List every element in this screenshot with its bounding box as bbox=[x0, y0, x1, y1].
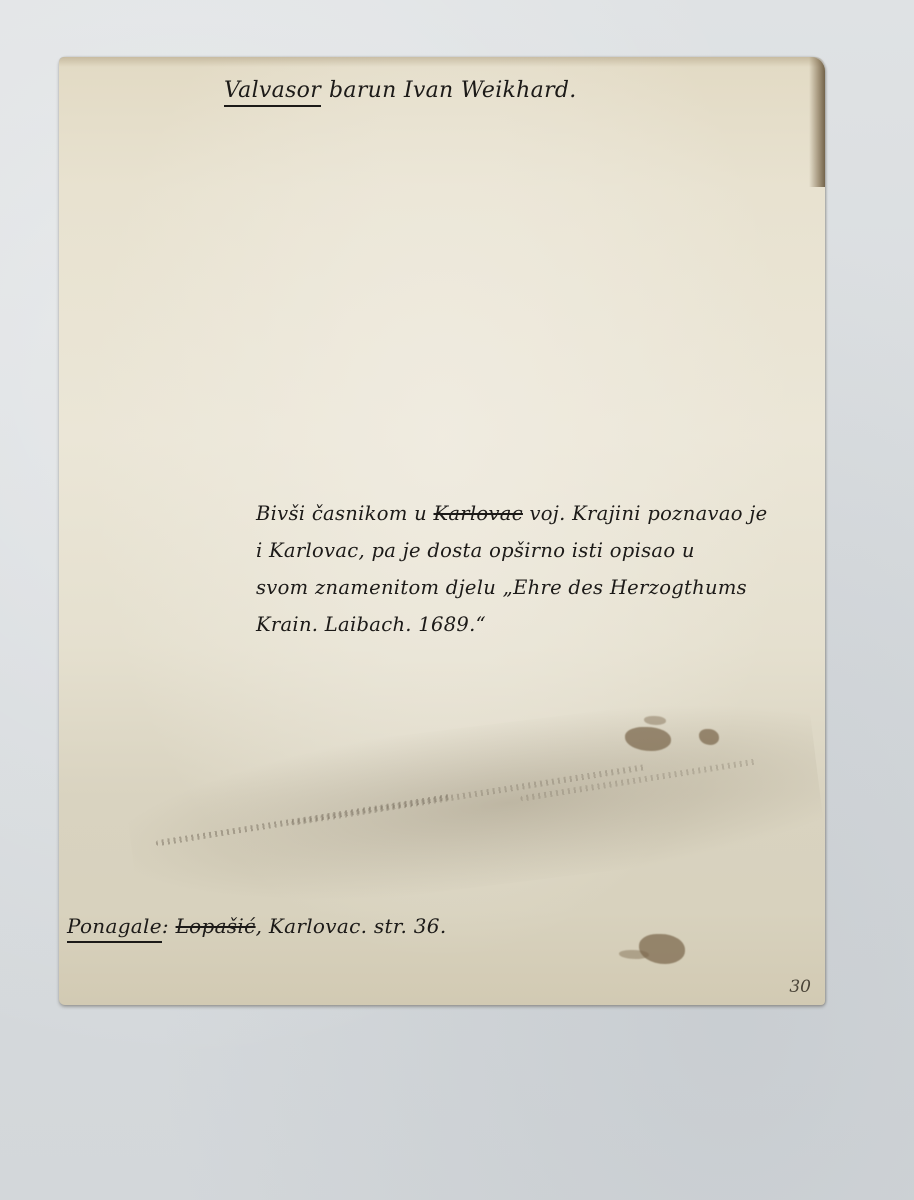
struck-author: Lopašić bbox=[176, 914, 256, 938]
source-citation: Ponagale: Lopašić, Karlovac. str. 36. bbox=[67, 914, 446, 943]
card-title: Valvasorbarun Ivan Weikhard. bbox=[224, 78, 577, 107]
stain bbox=[619, 950, 649, 959]
page-number: 30 bbox=[789, 977, 811, 997]
title-surname: Valvasor bbox=[224, 78, 321, 107]
body-line: Krain. Laibach. 1689.“ bbox=[256, 606, 768, 643]
source-label: Ponagale bbox=[67, 914, 162, 943]
title-given-names: barun Ivan Weikhard. bbox=[329, 78, 577, 103]
stain bbox=[639, 934, 685, 964]
card-body-text: Bivši časnikom u Karlovac voj. Krajini p… bbox=[256, 495, 768, 643]
smudge-band bbox=[122, 686, 826, 929]
struck-word: Karlovac bbox=[433, 502, 522, 525]
stain bbox=[644, 716, 666, 725]
body-line: i Karlovac, pa je dosta opširno isti opi… bbox=[256, 532, 768, 569]
body-line: Bivši časnikom u Karlovac voj. Krajini p… bbox=[256, 495, 768, 532]
archival-card: Valvasorbarun Ivan Weikhard. Bivši časni… bbox=[59, 57, 825, 1005]
citation-reference: , Karlovac. str. 36. bbox=[256, 914, 447, 938]
card-right-edge-discoloration bbox=[809, 57, 825, 187]
card-top-edge-discoloration bbox=[59, 57, 825, 67]
body-line: svom znamenitom djelu „Ehre des Herzogth… bbox=[256, 569, 768, 606]
stain bbox=[699, 729, 719, 745]
